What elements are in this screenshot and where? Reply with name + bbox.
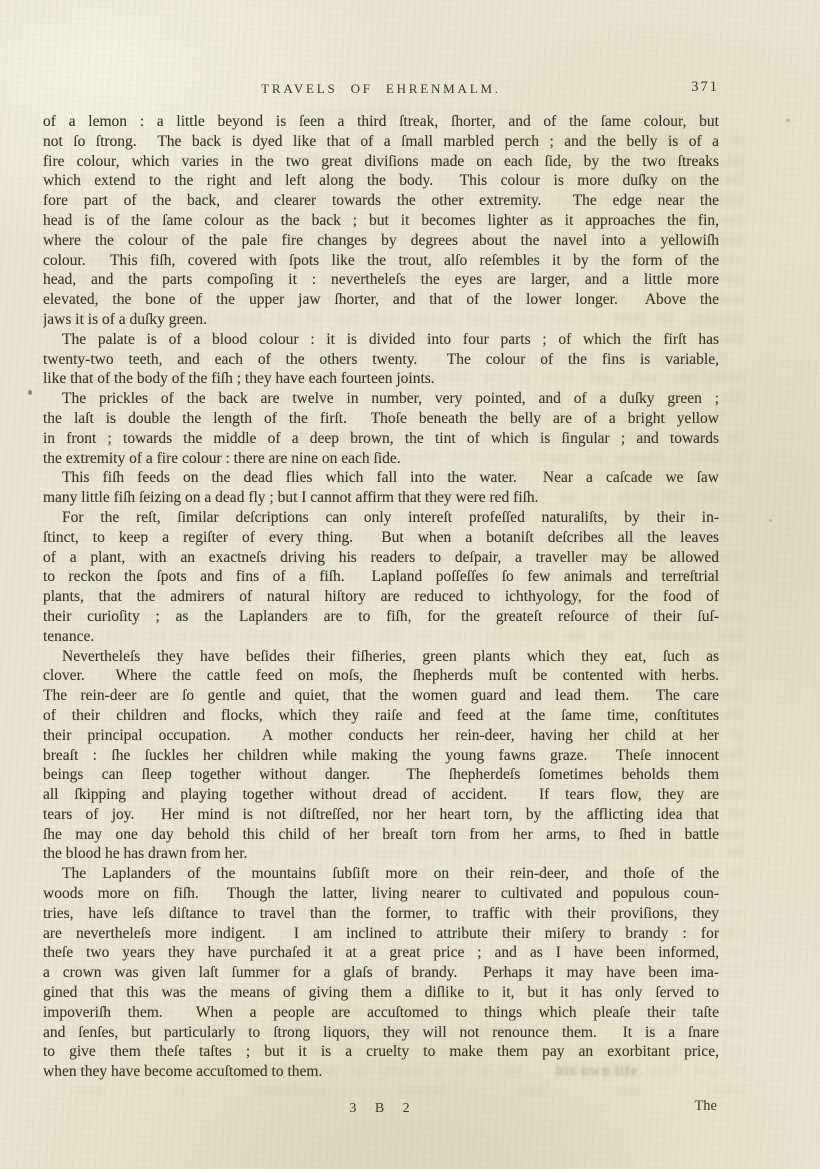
- text-line: many little fiſh ſeizing on a dead fly ;…: [43, 488, 719, 508]
- text-line: twenty-two teeth, and each of the others…: [43, 350, 719, 370]
- signature-mark: 3 B 2: [43, 1101, 719, 1117]
- text-line: ſtinct, to keep a regiſter of every thin…: [43, 528, 719, 548]
- text-line: impoveriſh them. When a people are accuſ…: [43, 1003, 719, 1023]
- text-line: fire colour, which varies in the two gre…: [43, 152, 719, 172]
- text-line: not ſo ſtrong. The back is dyed like tha…: [43, 132, 719, 152]
- text-line: to give them theſe taſtes ; but it is a …: [43, 1042, 719, 1062]
- text-line: when they have become accuſtomed to them…: [69, 1081, 745, 1101]
- text-line: tries, have leſs diſtance to travel than…: [43, 904, 719, 924]
- text-line: The prickles of the back are twelve in n…: [43, 389, 719, 409]
- body-text: of a lemon : a little beyond is ſeen a t…: [43, 112, 719, 1082]
- paragraph: This fiſh feeds on the dead flies which …: [43, 468, 719, 508]
- scan-speck: [786, 119, 790, 122]
- text-line: a crown was given laſt ſummer for a glaſ…: [43, 963, 719, 983]
- book-page: TRAVELS OF EHRENMALM. of a lemon : a lit…: [0, 0, 820, 1169]
- text-line: are nevertheleſs more indigent. I am inc…: [43, 924, 719, 944]
- paragraph: of a lemon : a little beyond is ſeen a t…: [43, 112, 719, 330]
- text-line: of a lemon : a little beyond is ſeen a t…: [43, 112, 719, 132]
- text-line: breaſt : ſhe ſuckles her children while …: [43, 746, 719, 766]
- text-line: head, and the parts compoſing it : never…: [43, 270, 719, 290]
- paragraph: The prickles of the back are twelve in n…: [43, 389, 719, 468]
- text-line: their principal occupation. A mother con…: [43, 726, 719, 746]
- text-line: beings can ſleep together without danger…: [43, 765, 719, 785]
- text-line: the extremity of a fire colour : there a…: [43, 449, 719, 469]
- text-line: plants, that the admirers of natural hiſ…: [43, 587, 719, 607]
- text-line: The palate is of a blood colour : it is …: [43, 330, 719, 350]
- text-line: all ſkipping and playing together withou…: [43, 785, 719, 805]
- text-line: the laſt is double the length of the fir…: [43, 409, 719, 429]
- text-line: of their children and flocks, which they…: [43, 706, 719, 726]
- page-number: 371: [691, 79, 719, 96]
- text-line: which extend to the right and left along…: [43, 171, 719, 191]
- text-line: colour. This fiſh, covered with ſpots li…: [43, 251, 719, 271]
- text-line: of a plant, with an exactneſs driving hi…: [43, 548, 719, 568]
- text-line: woods more on fiſh. Though the latter, l…: [43, 884, 719, 904]
- page-header: TRAVELS OF EHRENMALM. 371: [43, 81, 719, 101]
- text-line: and ſenſes, but particularly to ſtrong l…: [43, 1023, 719, 1043]
- text-line: where the colour of the pale fire change…: [43, 231, 719, 251]
- paragraph: The Laplanders of the mountains ſubſiſt …: [43, 864, 719, 1082]
- page-footer: 3 B 2 The: [43, 1101, 719, 1123]
- text-line: gined that this was the means of giving …: [43, 983, 719, 1003]
- paragraph: Nevertheleſs they have beſides their fiſ…: [43, 647, 719, 865]
- text-line: fore part of the back, and clearer towar…: [43, 191, 719, 211]
- text-line: the blood he has drawn from her.: [43, 844, 719, 864]
- text-line: theſe two years they have purchaſed it a…: [43, 943, 719, 963]
- text-line: like that of the body of the fiſh ; they…: [43, 369, 719, 389]
- text-line: ſhe may one day behold this child of her…: [43, 825, 719, 845]
- paragraph: For the reſt, ſimilar deſcriptions can o…: [43, 508, 719, 647]
- text-line: tenance.: [43, 627, 719, 647]
- text-line: For the reſt, ſimilar deſcriptions can o…: [43, 508, 719, 528]
- text-line: tears of joy. Her mind is not diſtreſſed…: [43, 805, 719, 825]
- scan-speck: [769, 519, 772, 522]
- text-line: The Laplanders of the mountains ſubſiſt …: [43, 864, 719, 884]
- text-line: when they have become accuſtomed to them…: [43, 1062, 719, 1082]
- catchword: The: [694, 1098, 717, 1115]
- text-line: The rein-deer are ſo gentle and quiet, t…: [43, 686, 719, 706]
- scan-speck: [28, 390, 32, 395]
- paragraph: The palate is of a blood colour : it is …: [43, 330, 719, 389]
- running-title: TRAVELS OF EHRENMALM.: [43, 81, 719, 97]
- text-line: This fiſh feeds on the dead flies which …: [43, 468, 719, 488]
- text-line: head is of the ſame colour as the back ;…: [43, 211, 719, 231]
- text-line: to reckon the ſpots and fins of a fiſh. …: [43, 567, 719, 587]
- text-line: elevated, the bone of the upper jaw ſhor…: [43, 290, 719, 310]
- text-line: their curioſity ; as the Laplanders are …: [43, 607, 719, 627]
- text-line: jaws it is of a duſky green.: [43, 310, 719, 330]
- text-line: clover. Where the cattle feed on moſs, t…: [43, 666, 719, 686]
- text-line: in front ; towards the middle of a deep …: [43, 429, 719, 449]
- text-line: Nevertheleſs they have beſides their fiſ…: [43, 647, 719, 667]
